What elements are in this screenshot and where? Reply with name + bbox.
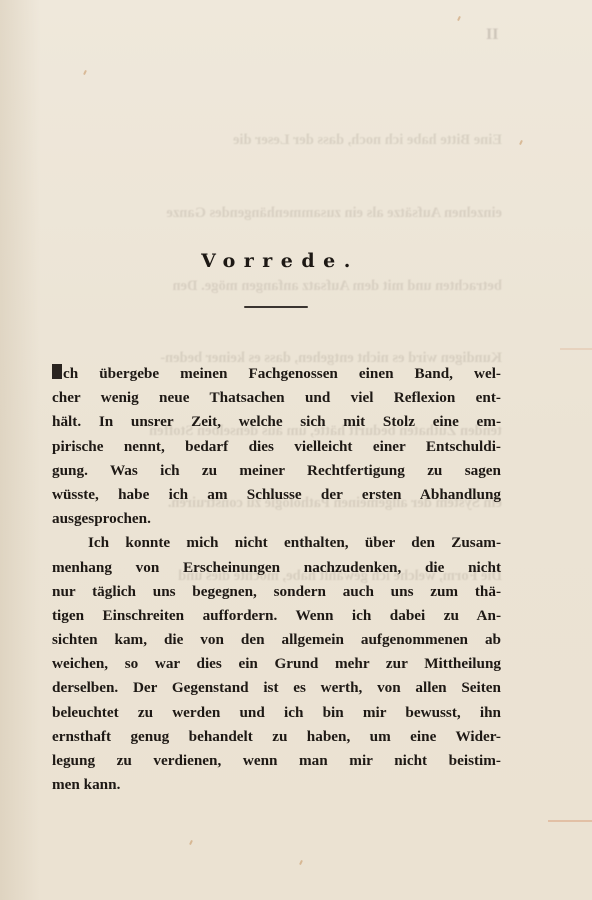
paper-speck bbox=[189, 840, 193, 845]
text-line: men kann. bbox=[52, 773, 501, 797]
text-line: Ich konnte mich nicht enthalten, über de… bbox=[52, 531, 501, 555]
text-line: ernsthaft genug behandelt zu haben, um e… bbox=[52, 725, 501, 749]
drop-initial bbox=[52, 364, 62, 379]
paper-speck bbox=[299, 860, 303, 865]
paper-speck bbox=[519, 140, 523, 145]
show-through-page-number: II bbox=[486, 26, 498, 44]
text-line: derselben. Der Gegenstand ist es werth, … bbox=[52, 676, 501, 700]
page-heading: Vorrede. bbox=[0, 250, 560, 272]
paper-speck bbox=[83, 70, 87, 75]
text-line: cher wenig neue Thatsachen und viel Refl… bbox=[52, 386, 501, 410]
show-through-line: Eine Bitte habe ich noch, dass der Leser… bbox=[52, 128, 502, 152]
paragraph-2: Ich konnte mich nicht enthalten, über de… bbox=[52, 531, 501, 797]
paper-speck bbox=[457, 16, 461, 21]
text-line: ch übergebe meinen Fachgenossen einen Ba… bbox=[52, 362, 501, 386]
text-line: nur täglich uns begegnen, sondern auch u… bbox=[52, 580, 501, 604]
text-line: tigen Einschreiten auffordern. Wenn ich … bbox=[52, 604, 501, 628]
text-line: legung zu verdienen, wenn man mir nicht … bbox=[52, 749, 501, 773]
text-line: hält. In unsrer Zeit, welche sich mit St… bbox=[52, 410, 501, 434]
text-line: beleuchtet zu werden und ich bin mir bew… bbox=[52, 701, 501, 725]
paper-edge-mark bbox=[560, 348, 592, 350]
text-line: pirische nennt, bedarf dies vielleicht e… bbox=[52, 435, 501, 459]
book-page: II Eine Bitte habe ich noch, dass der Le… bbox=[0, 0, 592, 900]
text-line: gung. Was ich zu meiner Rechtfertigung z… bbox=[52, 459, 501, 483]
text-line: weichen, so war dies ein Grund mehr zur … bbox=[52, 652, 501, 676]
text-line: wüsste, habe ich am Schlusse der ersten … bbox=[52, 483, 501, 507]
text-line: sichten kam, die von den allgemein aufge… bbox=[52, 628, 501, 652]
paper-edge-mark bbox=[548, 820, 592, 822]
show-through-line: einzelnen Aufsätze als ein zusammenhänge… bbox=[52, 201, 502, 225]
text-line: menhang von Erscheinungen nachzudenken, … bbox=[52, 556, 501, 580]
show-through-line: betrachten und mit dem Aufsatz anfangen … bbox=[52, 274, 502, 298]
paragraph-1: ch übergebe meinen Fachgenossen einen Ba… bbox=[52, 362, 501, 531]
body-text: ch übergebe meinen Fachgenossen einen Ba… bbox=[52, 362, 501, 797]
heading-rule bbox=[244, 306, 308, 308]
text-line: ausgesprochen. bbox=[52, 507, 501, 531]
